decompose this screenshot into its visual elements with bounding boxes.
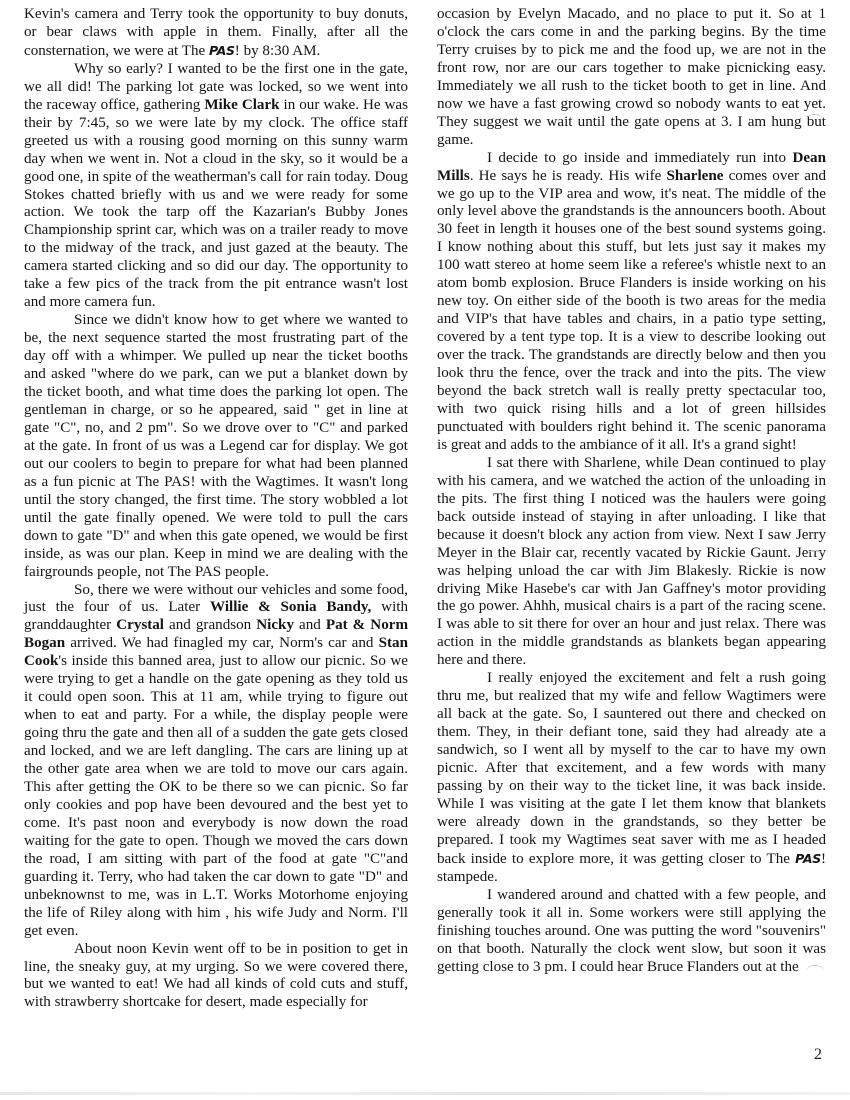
scan-edge (0, 1092, 850, 1095)
paragraph: I really enjoyed the excitement and felt… (437, 670, 826, 886)
text: in our wake. He was their by 7:45, so we… (24, 97, 408, 310)
scan-artifact (806, 550, 824, 563)
right-column: occasion by Evelyn Macado, and no place … (437, 6, 826, 976)
text: . He says he is ready. His wife (470, 168, 667, 184)
person-name: Crystal (116, 617, 164, 633)
paragraph: So, there we were without our vehicles a… (24, 582, 408, 941)
paragraph: Since we didn't know how to get where we… (24, 312, 408, 581)
person-name: Mike Clark (204, 97, 279, 113)
text: I really enjoyed the excitement and felt… (437, 670, 826, 867)
paragraph: About noon Kevin went off to be in posit… (24, 941, 408, 1013)
scan-artifact (806, 114, 824, 127)
paragraph: Why so early? I wanted to be the first o… (24, 61, 408, 312)
text: arrived. We had finagled my car, Norm's … (65, 635, 379, 651)
paragraph: I sat there with Sharlene, while Dean co… (437, 455, 826, 670)
paragraph: I wandered around and chatted with a few… (437, 887, 826, 977)
document-page: Kevin's camera and Terry took the opport… (0, 0, 850, 1100)
pas-logo: PAS (209, 43, 235, 58)
person-name: Willie & Sonia Bandy, (210, 599, 371, 615)
left-column: Kevin's camera and Terry took the opport… (24, 6, 408, 1012)
scan-artifact (806, 965, 824, 978)
text: comes over and we go up to the VIP area … (437, 168, 826, 453)
text: and (294, 617, 326, 633)
person-name: Nicky (256, 617, 294, 633)
paragraph: occasion by Evelyn Macado, and no place … (437, 6, 826, 150)
text: I decide to go inside and immediately ru… (487, 150, 792, 166)
text: 's inside this banned area, just to allo… (24, 653, 408, 938)
paragraph: Kevin's camera and Terry took the opport… (24, 6, 408, 61)
person-name: Sharlene (666, 168, 723, 184)
text: and grandson (164, 617, 256, 633)
pas-logo: PAS (795, 851, 821, 866)
text: ! by 8:30 AM. (235, 43, 321, 59)
paragraph: I decide to go inside and immediately ru… (437, 150, 826, 455)
page-number: 2 (814, 1046, 822, 1064)
